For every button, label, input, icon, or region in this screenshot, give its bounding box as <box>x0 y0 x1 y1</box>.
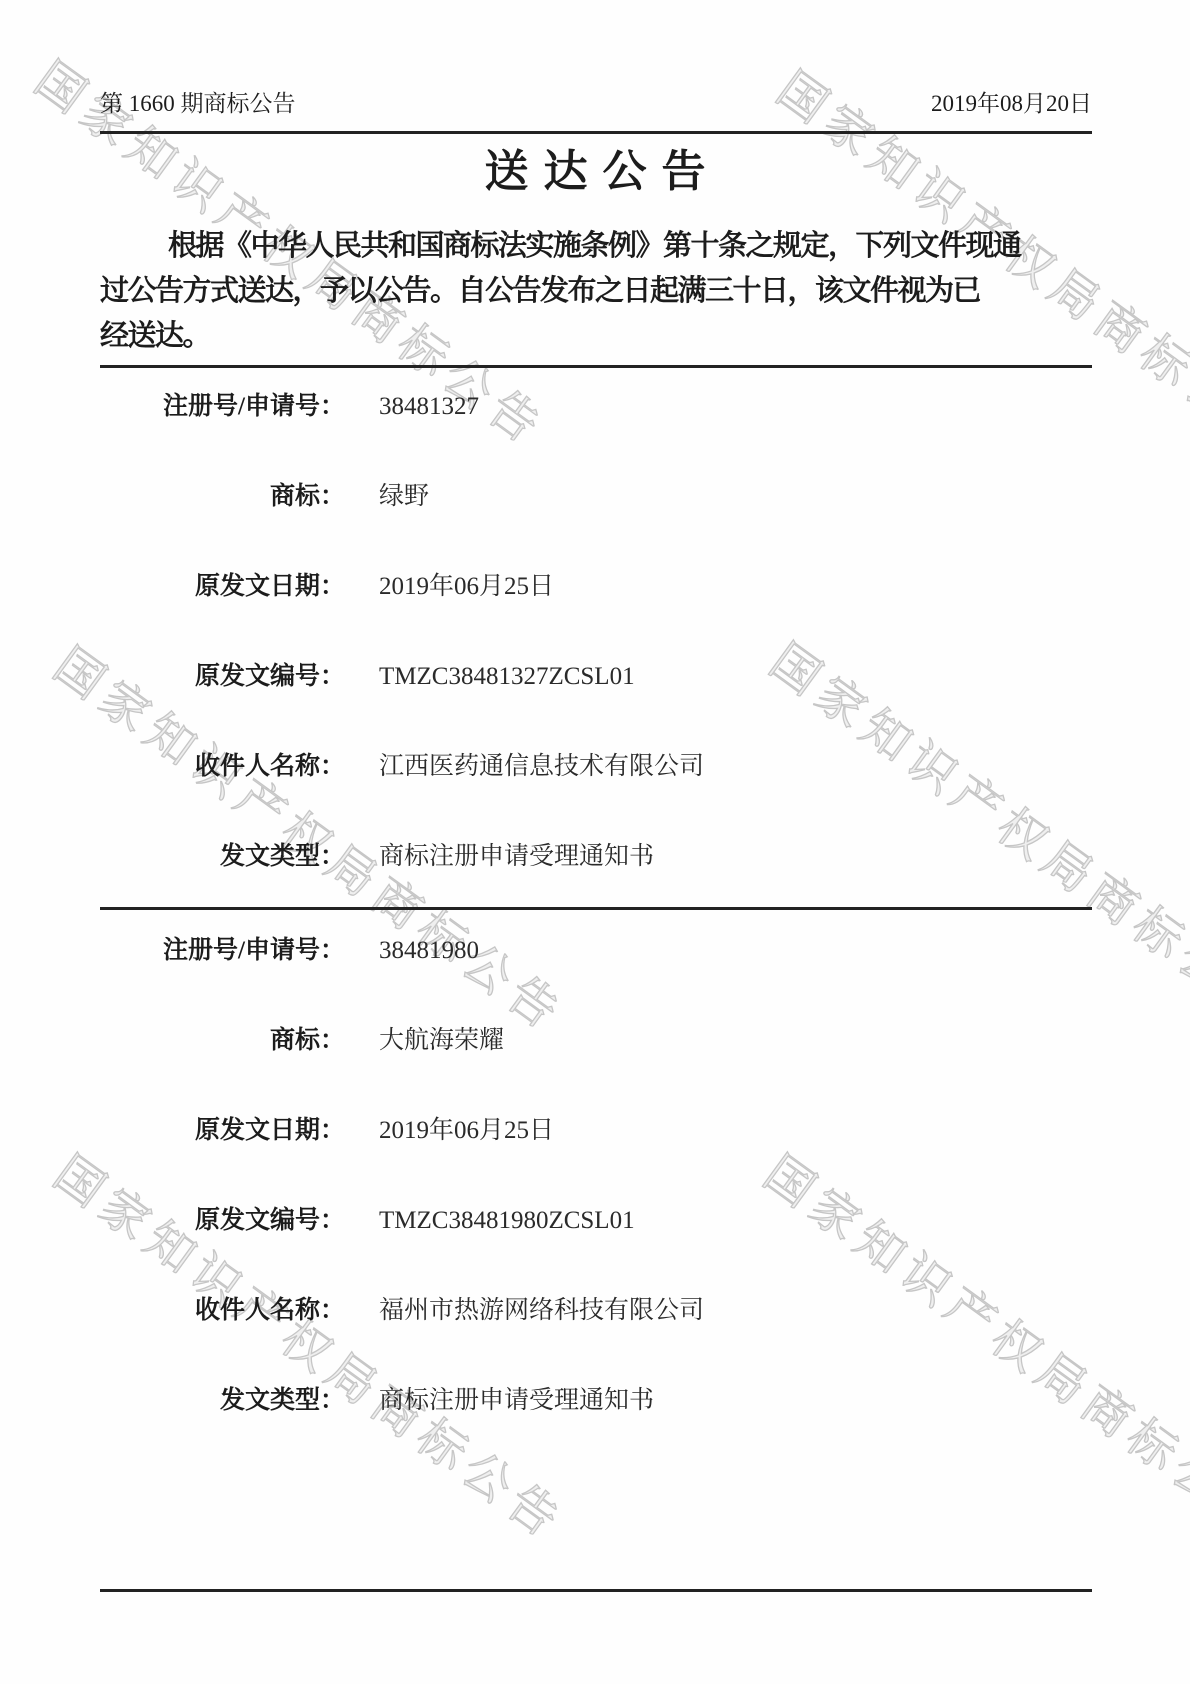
field-label: 收件人名称： <box>100 1295 345 1327</box>
field-row-registration-number: 注册号/申请号： 38481980 <box>100 935 1092 1025</box>
field-label: 收件人名称： <box>100 751 345 783</box>
field-value: 商标注册申请受理通知书 <box>379 1385 654 1417</box>
field-row-document-type: 发文类型： 商标注册申请受理通知书 <box>100 1385 1092 1475</box>
page-header: 第 1660 期商标公告 2019年08月20日 <box>100 90 1092 118</box>
field-label: 原发文日期： <box>100 1115 345 1147</box>
intro-paragraph: 根据《中华人民共和国商标法实施条例》第十条之规定，下列文件现通 过公告方式送达，… <box>100 224 1092 359</box>
field-row-recipient-name: 收件人名称： 江西医药通信息技术有限公司 <box>100 751 1092 841</box>
field-row-recipient-name: 收件人名称： 福州市热游网络科技有限公司 <box>100 1295 1092 1385</box>
field-row-original-issue-date: 原发文日期： 2019年06月25日 <box>100 571 1092 661</box>
field-label: 注册号/申请号： <box>100 935 345 967</box>
field-label: 原发文日期： <box>100 571 345 603</box>
field-value: 福州市热游网络科技有限公司 <box>379 1295 704 1327</box>
field-value: 38481327 <box>379 391 479 423</box>
field-value: 2019年06月25日 <box>379 571 554 603</box>
field-value: 商标注册申请受理通知书 <box>379 841 654 873</box>
field-value: 大航海荣耀 <box>379 1025 504 1057</box>
field-value: 2019年06月25日 <box>379 1115 554 1147</box>
field-label: 原发文编号： <box>100 1205 345 1237</box>
field-label: 商标： <box>100 481 345 513</box>
field-label: 发文类型： <box>100 1385 345 1417</box>
record-divider-rule <box>100 907 1092 910</box>
field-row-registration-number: 注册号/申请号： 38481327 <box>100 391 1092 481</box>
bottom-divider-rule <box>100 1589 1092 1592</box>
field-value: 38481980 <box>379 935 479 967</box>
field-row-original-document-number: 原发文编号： TMZC38481327ZCSL01 <box>100 661 1092 751</box>
page-title: 送 达 公 告 <box>100 148 1092 196</box>
gazette-page: 国家知识产权局商标公告 国家知识产权局商标公告 国家知识产权局商标公告 国家知识… <box>0 0 1190 1684</box>
field-value: TMZC38481327ZCSL01 <box>379 661 635 693</box>
field-value: 江西医药通信息技术有限公司 <box>379 751 704 783</box>
record-2: 注册号/申请号： 38481980 商标： 大航海荣耀 原发文日期： 2019年… <box>100 935 1092 1475</box>
field-row-original-issue-date: 原发文日期： 2019年06月25日 <box>100 1115 1092 1205</box>
field-value: 绿野 <box>379 481 429 513</box>
intro-line: 根据《中华人民共和国商标法实施条例》第十条之规定，下列文件现通 <box>100 224 1092 269</box>
field-label: 原发文编号： <box>100 661 345 693</box>
field-value: TMZC38481980ZCSL01 <box>379 1205 635 1237</box>
field-row-trademark: 商标： 绿野 <box>100 481 1092 571</box>
record-divider-rule <box>100 365 1092 368</box>
field-label: 发文类型： <box>100 841 345 873</box>
intro-line: 过公告方式送达，予以公告。自公告发布之日起满三十日，该文件视为已 <box>100 269 1092 314</box>
field-row-document-type: 发文类型： 商标注册申请受理通知书 <box>100 841 1092 931</box>
gazette-date-label: 2019年08月20日 <box>931 90 1092 118</box>
field-label: 商标： <box>100 1025 345 1057</box>
header-divider-rule <box>100 131 1092 134</box>
field-row-trademark: 商标： 大航海荣耀 <box>100 1025 1092 1115</box>
field-label: 注册号/申请号： <box>100 391 345 423</box>
intro-line: 经送达。 <box>100 314 1092 359</box>
field-row-original-document-number: 原发文编号： TMZC38481980ZCSL01 <box>100 1205 1092 1295</box>
gazette-issue-label: 第 1660 期商标公告 <box>100 90 296 118</box>
record-1: 注册号/申请号： 38481327 商标： 绿野 原发文日期： 2019年06月… <box>100 391 1092 931</box>
page-content: 第 1660 期商标公告 2019年08月20日 送 达 公 告 根据《中华人民… <box>0 0 1190 1684</box>
